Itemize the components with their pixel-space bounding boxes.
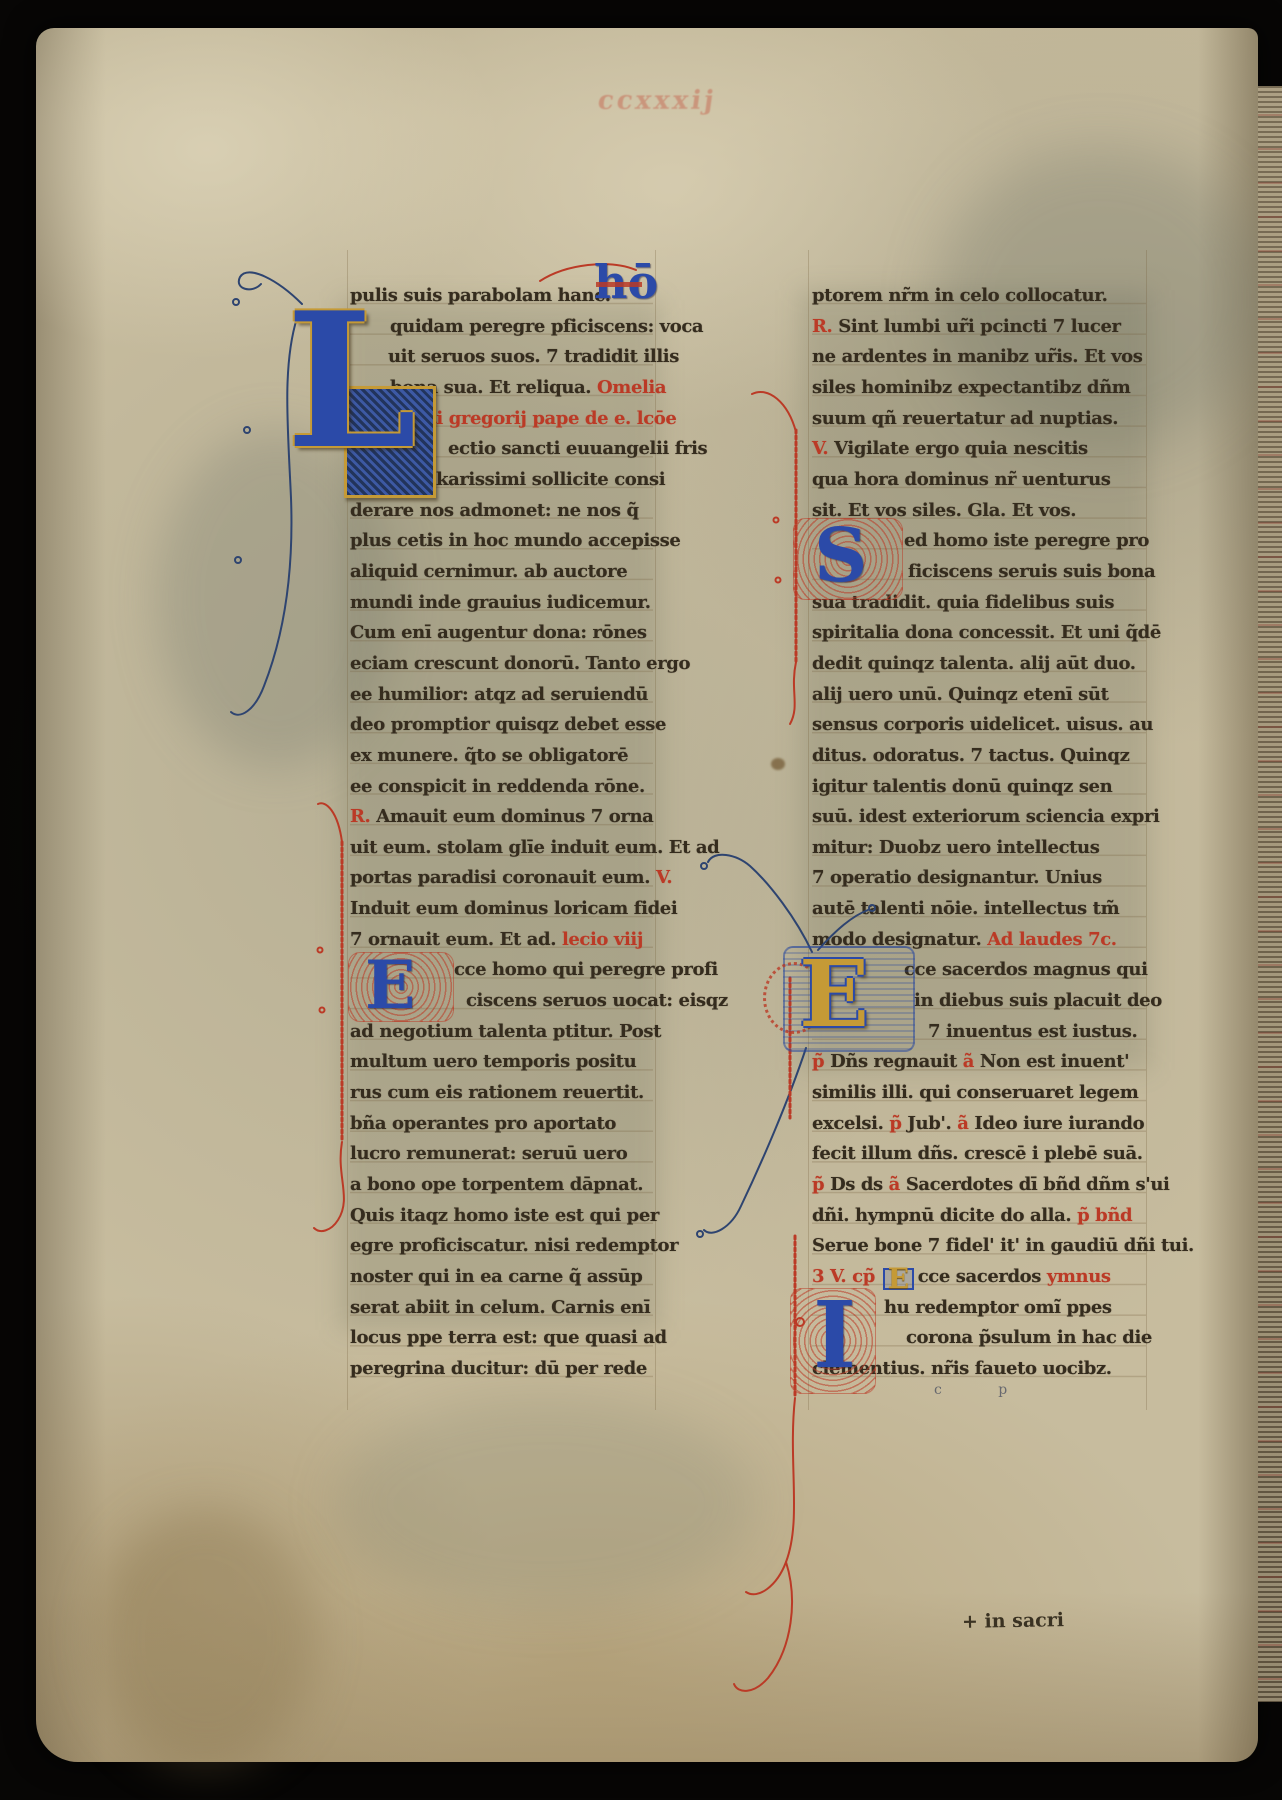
text-run-ink: dedit quinqz talenta. alij aūt duo. bbox=[812, 653, 1136, 674]
text-line: plus cetis in hoc mundo accepisse bbox=[350, 526, 653, 557]
text-run-ink: egre proficiscatur. nisi redemptor bbox=[350, 1235, 678, 1256]
text-line: ditus. odoratus. 7 tactus. Quinqz bbox=[812, 741, 1146, 772]
text-run-ink: igitur talentis donū quinqz sen bbox=[812, 776, 1112, 797]
text-line: uit eum. stolam glīe induit eum. Et ad bbox=[350, 833, 653, 864]
text-run-ink: siles hominibz expectantibz dñm bbox=[812, 377, 1130, 398]
text-run-red: p̃ bbox=[889, 1113, 907, 1134]
text-line: eciam crescunt donorū. Tanto ergo bbox=[350, 649, 653, 680]
text-run-ink: excelsi. bbox=[812, 1113, 889, 1134]
text-line: spiritalia dona concessit. Et uni q̃dē bbox=[812, 618, 1146, 649]
text-line: beati gregorij pape de e. lcōe bbox=[350, 404, 653, 435]
text-run-red: R. bbox=[812, 316, 838, 337]
text-run-ink: cce sacerdos bbox=[918, 1266, 1047, 1287]
text-run-ink: ee conspicit in reddenda rōne. bbox=[350, 776, 645, 797]
text-line: modo designatur. Ad laudes 7c. bbox=[812, 925, 1146, 956]
text-run-ink: mundi inde grauius iudicemur. bbox=[350, 592, 651, 613]
text-line: hu redemptor omĩ ppes bbox=[812, 1293, 1146, 1324]
text-line: Induit eum dominus loricam fidei bbox=[350, 894, 653, 925]
text-line: bña operantes pro aportato bbox=[350, 1109, 653, 1140]
text-run-ink: serat abiit in celum. Carnis enī bbox=[350, 1297, 650, 1318]
text-line: sensus corporis uidelicet. uisus. au bbox=[812, 710, 1146, 741]
text-line: V. Vigilate ergo quia nescitis bbox=[812, 434, 1146, 465]
parchment-stain bbox=[336, 1398, 756, 1608]
text-run-ink: 7 ornauit eum. Et ad. bbox=[350, 929, 562, 950]
text-line: p̃ Dñs regnauit ã Non est inuent' bbox=[812, 1047, 1146, 1078]
text-run-red: R. bbox=[350, 806, 376, 827]
text-run-ink: plus cetis in hoc mundo accepisse bbox=[350, 530, 680, 551]
text-run-ink: ee humilior: atqz ad seruiendū bbox=[350, 684, 648, 705]
text-line: dedit quinqz talenta. alij aūt duo. bbox=[812, 649, 1146, 680]
folio-number: ccxxxij bbox=[596, 86, 719, 116]
text-run-red: ã bbox=[957, 1113, 974, 1134]
text-line: R. Amauit eum dominus 7 orna bbox=[350, 802, 653, 833]
text-run-ink: suum qñ reuertatur ad nuptias. bbox=[812, 408, 1118, 429]
text-run-ink: Sacerdotes dī bñd dñm s'ui bbox=[906, 1174, 1170, 1195]
text-run-ink: uit seruos suos. 7 tradidit illis bbox=[388, 346, 679, 367]
text-line: Serue bone 7 fidel' it' in gaudiū dñi tu… bbox=[812, 1231, 1146, 1262]
text-line: 7 inuentus est iustus. bbox=[812, 1017, 1146, 1048]
text-run-ink: ciscens seruos uocat: eisqz bbox=[466, 990, 728, 1011]
text-line: suum qñ reuertatur ad nuptias. bbox=[812, 404, 1146, 435]
catchword-text: hō bbox=[594, 255, 658, 309]
text-line: ed homo iste peregre pro bbox=[812, 526, 1146, 557]
text-run-ink: ad negotium talenta ptitur. Post bbox=[350, 1021, 661, 1042]
text-line: fecit illum dñs. crescē i plebē suā. bbox=[812, 1139, 1146, 1170]
text-line: ptorem nr̃m in celo collocatur. bbox=[812, 281, 1146, 312]
ruling-line-vertical bbox=[808, 250, 809, 1410]
parchment-stain bbox=[96, 1508, 316, 1768]
text-run-ink: Ds ds bbox=[830, 1174, 889, 1195]
text-run-ink: cce homo qui peregre profi bbox=[454, 959, 718, 980]
text-run-ink: sit. Et vos siles. Gla. Et vos. bbox=[812, 500, 1076, 521]
text-line: sit. Et vos siles. Gla. Et vos. bbox=[812, 496, 1146, 527]
text-line: bona sua. Et reliqua. Omelia bbox=[350, 373, 653, 404]
text-line: qua hora dominus nr̃ uenturus bbox=[812, 465, 1146, 496]
text-line: ectio sancti euuangelii fris bbox=[350, 434, 653, 465]
manuscript-photo: ccxxxij pulis suis parabolam hanc.quidam… bbox=[0, 0, 1282, 1800]
text-run-ink: ficiscens seruis suis bona bbox=[908, 561, 1155, 582]
text-run-ink: multum uero temporis positu bbox=[350, 1051, 636, 1072]
text-line: Cum enī augentur dona: rōnes bbox=[350, 618, 653, 649]
text-run-ink: hu redemptor omĩ ppes bbox=[884, 1297, 1112, 1318]
text-run-ink: fecit illum dñs. crescē i plebē suā. bbox=[812, 1143, 1143, 1164]
text-run-ink: Vigilate ergo quia nescitis bbox=[834, 438, 1088, 459]
text-run-ink: autē talenti nōie. intellectus tm̃ bbox=[812, 898, 1119, 919]
text-run-ink: noster qui in ea carne q̃ assūp bbox=[350, 1266, 642, 1287]
text-line: noster qui in ea carne q̃ assūp bbox=[350, 1262, 653, 1293]
text-line: ex munere. q̃to se obligatorē bbox=[350, 741, 653, 772]
text-line: similis illi. qui conseruaret legem bbox=[812, 1078, 1146, 1109]
text-line: uit seruos suos. 7 tradidit illis bbox=[350, 342, 653, 373]
text-line: autē talenti nōie. intellectus tm̃ bbox=[812, 894, 1146, 925]
text-line: mundi inde grauius iudicemur. bbox=[350, 588, 653, 619]
text-line: portas paradisi coronauit eum. V. bbox=[350, 863, 653, 894]
decorated-word-ho: hō bbox=[594, 252, 650, 318]
text-run-ink: in diebus suis placuit deo bbox=[914, 990, 1162, 1011]
text-run-ink: deo promptior quisqz debet esse bbox=[350, 714, 666, 735]
text-run-red: Omelia bbox=[597, 377, 666, 398]
text-line: karissimi sollicite consi bbox=[350, 465, 653, 496]
text-run-red: beati gregorij pape de e. lcōe bbox=[394, 408, 676, 429]
text-run-ink: sua tradidit. quia fidelibus suis bbox=[812, 592, 1114, 613]
text-line: corona p̃sulum in hac die bbox=[812, 1323, 1146, 1354]
text-run-ink: lucro remunerat: seruū uero bbox=[350, 1143, 627, 1164]
text-run-ink: bña operantes pro aportato bbox=[350, 1113, 616, 1134]
text-line: 7 ornauit eum. Et ad. lecio viij bbox=[350, 925, 653, 956]
text-run-ink: modo designatur. bbox=[812, 929, 987, 950]
text-run-ink: Amauit eum dominus 7 orna bbox=[376, 806, 653, 827]
text-line: ciscens seruos uocat: eisqz bbox=[350, 986, 653, 1017]
text-run-ink: portas paradisi coronauit eum. bbox=[350, 867, 656, 888]
text-run-ink: quidam peregre pficiscens: voca bbox=[390, 316, 703, 337]
text-run-ink: bona sua. Et reliqua. bbox=[390, 377, 597, 398]
ruling-line-vertical bbox=[347, 250, 348, 1410]
text-run-red: lecio viij bbox=[562, 929, 643, 950]
text-run-red: Ad laudes 7c. bbox=[987, 929, 1116, 950]
text-run-ink: Dñs regnauit bbox=[830, 1051, 963, 1072]
text-run-ink: ectio sancti euuangelii fris bbox=[448, 438, 707, 459]
text-run-red: 3 V. cp̃ bbox=[812, 1266, 881, 1287]
text-line: 3 V. cp̃ Ecce sacerdos ymnus bbox=[812, 1262, 1146, 1293]
text-run-goldcap: E bbox=[883, 1268, 914, 1290]
text-line: mitur: Duobz uero intellectus bbox=[812, 833, 1146, 864]
text-run-ink: corona p̃sulum in hac die bbox=[906, 1327, 1152, 1348]
text-run-ink: ptorem nr̃m in celo collocatur. bbox=[812, 285, 1108, 306]
text-line: serat abiit in celum. Carnis enī bbox=[350, 1293, 653, 1324]
text-line: clementius. nr̃is faueto uocibz. bbox=[812, 1354, 1146, 1385]
text-run-ink: qua hora dominus nr̃ uenturus bbox=[812, 469, 1111, 490]
text-line: ee humilior: atqz ad seruiendū bbox=[350, 680, 653, 711]
text-run-ink: cce sacerdos magnus qui bbox=[904, 959, 1148, 980]
text-run-ink: karissimi sollicite consi bbox=[436, 469, 665, 490]
pen-trials: c p bbox=[934, 1382, 1033, 1398]
text-column-left: pulis suis parabolam hanc.quidam peregre… bbox=[350, 281, 653, 1385]
text-run-ink: suū. idest exteriorum sciencia expri bbox=[812, 806, 1159, 827]
text-run-ink: dñi. hympnū dicite do alla. bbox=[812, 1205, 1077, 1226]
text-run-ink: 7 inuentus est iustus. bbox=[928, 1021, 1137, 1042]
text-line: excelsi. p̃ Jub'. ã Ideo iure iurando bbox=[812, 1109, 1146, 1140]
text-run-ink: a bono ope torpentem dāpnat. bbox=[350, 1174, 643, 1195]
text-line: ne ardentes in manibz ur̃is. Et vos bbox=[812, 342, 1146, 373]
text-run-ink: 7 operatio designantur. Unius bbox=[812, 867, 1102, 888]
text-run-ink: ex munere. q̃to se obligatorē bbox=[350, 745, 628, 766]
text-run-ink: rus cum eis rationem reuertit. bbox=[350, 1082, 644, 1103]
text-run-ink: Serue bone 7 fidel' it' in gaudiū dñi tu… bbox=[812, 1235, 1194, 1256]
text-line: a bono ope torpentem dāpnat. bbox=[350, 1170, 653, 1201]
text-run-ink: ne ardentes in manibz ur̃is. Et vos bbox=[812, 346, 1143, 367]
text-run-ink: locus ppe terra est: que quasi ad bbox=[350, 1327, 667, 1348]
text-column-right: ptorem nr̃m in celo collocatur.R. Sint l… bbox=[812, 281, 1146, 1385]
text-run-ink: Cum enī augentur dona: rōnes bbox=[350, 622, 647, 643]
text-line: siles hominibz expectantibz dñm bbox=[812, 373, 1146, 404]
text-run-ink: Non est inuent' bbox=[980, 1051, 1129, 1072]
text-line: Quis itaqz homo iste est qui per bbox=[350, 1201, 653, 1232]
text-run-red: V. bbox=[656, 867, 672, 888]
text-line: locus ppe terra est: que quasi ad bbox=[350, 1323, 653, 1354]
text-line: p̃ Ds ds ã Sacerdotes dī bñd dñm s'ui bbox=[812, 1170, 1146, 1201]
text-run-ink: derare nos admonet: ne nos q̃ bbox=[350, 500, 639, 521]
text-run-ink: aliquid cernimur. ab auctore bbox=[350, 561, 627, 582]
text-run-ink: Ideo iure iurando bbox=[974, 1113, 1144, 1134]
text-line: deo promptior quisqz debet esse bbox=[350, 710, 653, 741]
text-run-ink: Jub'. bbox=[907, 1113, 957, 1134]
text-line: rus cum eis rationem reuertit. bbox=[350, 1078, 653, 1109]
text-line: derare nos admonet: ne nos q̃ bbox=[350, 496, 653, 527]
text-run-red: V. bbox=[812, 438, 834, 459]
text-line: cce homo qui peregre profi bbox=[350, 955, 653, 986]
text-run-ink: Sint lumbi ur̃i pcincti 7 lucer bbox=[838, 316, 1120, 337]
text-line: dñi. hympnū dicite do alla. p̃ bñd bbox=[812, 1201, 1146, 1232]
text-run-ink: alij uero unū. Quinqz etenī sūt bbox=[812, 684, 1109, 705]
text-run-red: ymnus bbox=[1047, 1266, 1111, 1287]
text-line: aliquid cernimur. ab auctore bbox=[350, 557, 653, 588]
text-line: cce sacerdos magnus qui bbox=[812, 955, 1146, 986]
text-run-ink: peregrina ducitur: dū per rede bbox=[350, 1358, 647, 1379]
ink-spot bbox=[771, 758, 785, 770]
text-line: egre proficiscatur. nisi redemptor bbox=[350, 1231, 653, 1262]
text-line: ee conspicit in reddenda rōne. bbox=[350, 772, 653, 803]
text-line: ficiscens seruis suis bona bbox=[812, 557, 1146, 588]
text-run-ink: similis illi. qui conseruaret legem bbox=[812, 1082, 1138, 1103]
text-run-ink: spiritalia dona concessit. Et uni q̃dē bbox=[812, 622, 1161, 643]
text-line: in diebus suis placuit deo bbox=[812, 986, 1146, 1017]
text-run-ink: uit eum. stolam glīe induit eum. Et ad bbox=[350, 837, 719, 858]
text-run-ink: Induit eum dominus loricam fidei bbox=[350, 898, 677, 919]
text-run-ink: Quis itaqz homo iste est qui per bbox=[350, 1205, 659, 1226]
text-run-red: ã bbox=[889, 1174, 906, 1195]
text-run-ink: eciam crescunt donorū. Tanto ergo bbox=[350, 653, 690, 674]
text-run-ink: pulis suis parabolam hanc. bbox=[350, 285, 611, 306]
text-run-red: p̃ bbox=[812, 1174, 830, 1195]
text-line: alij uero unū. Quinqz etenī sūt bbox=[812, 680, 1146, 711]
text-run-ink: clementius. nr̃is faueto uocibz. bbox=[812, 1358, 1112, 1379]
text-line: suū. idest exteriorum sciencia expri bbox=[812, 802, 1146, 833]
text-run-ink: ditus. odoratus. 7 tactus. Quinqz bbox=[812, 745, 1129, 766]
quire-inscription: + in sacri bbox=[962, 1609, 1064, 1633]
text-line: R. Sint lumbi ur̃i pcincti 7 lucer bbox=[812, 312, 1146, 343]
text-run-ink: sensus corporis uidelicet. uisus. au bbox=[812, 714, 1153, 735]
text-run-red: ã bbox=[963, 1051, 980, 1072]
text-line: multum uero temporis positu bbox=[350, 1047, 653, 1078]
text-run-ink: mitur: Duobz uero intellectus bbox=[812, 837, 1099, 858]
text-run-red: p̃ bbox=[812, 1051, 830, 1072]
text-run-red: p̃ bñd bbox=[1077, 1205, 1132, 1226]
text-line: lucro remunerat: seruū uero bbox=[350, 1139, 653, 1170]
text-run-ink: ed homo iste peregre pro bbox=[904, 530, 1149, 551]
fore-edge-page-stack bbox=[1258, 86, 1282, 1702]
text-line: igitur talentis donū quinqz sen bbox=[812, 772, 1146, 803]
text-line: ad negotium talenta ptitur. Post bbox=[350, 1017, 653, 1048]
text-line: peregrina ducitur: dū per rede bbox=[350, 1354, 653, 1385]
text-line: sua tradidit. quia fidelibus suis bbox=[812, 588, 1146, 619]
text-line: 7 operatio designantur. Unius bbox=[812, 863, 1146, 894]
